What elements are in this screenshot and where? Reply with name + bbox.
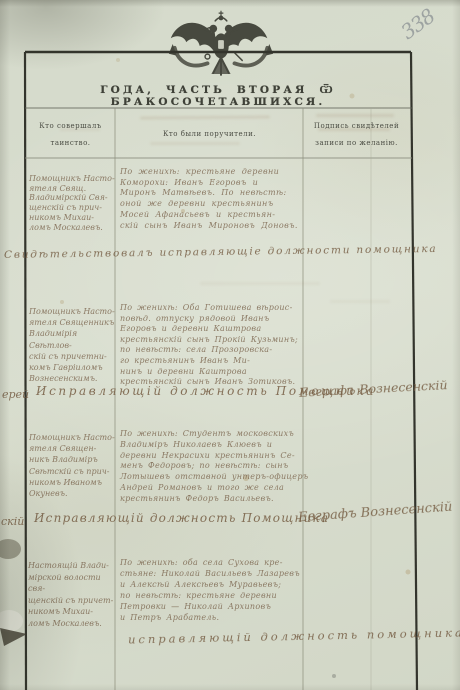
text-line: деревни Некрасихи крестьянинъ Се- — [120, 451, 310, 462]
text-line: и Петръ Арабатель. — [120, 612, 314, 623]
text-line: щенскій съ прич- — [29, 203, 115, 213]
page-title: ГОДА, ЧАСТЬ ВТОРАЯ Ѿ БРАКОСОЧЕТАВШИХСЯ. — [25, 84, 411, 108]
text-line: По женихѣ: Студентъ московскихъ — [120, 429, 310, 440]
text-line: ятеля Свящ. — [29, 184, 115, 194]
text-line: Настоящій Влади- — [28, 560, 116, 572]
text-line: Свѣтскій съ прич- — [29, 466, 115, 477]
text-line: Кто совершалъ — [39, 122, 102, 130]
entry-1-officiant: Помощникъ Насто-ятеля Свящ.Владимірскій … — [29, 174, 115, 232]
text-line: По женихѣ: Оба Готишева вѣроис- — [120, 303, 310, 314]
text-line: никомъ Иваномъ — [29, 477, 115, 488]
text-line: по невѣстѣ: села Прозоровска- — [120, 345, 310, 356]
entry-3-witnesses: По женихѣ: Студентъ московскихъВладиміръ… — [120, 429, 310, 505]
text-line: скій съ причетни- — [29, 351, 115, 362]
text-line: повѣд. отпуску рядовой Иванъ — [120, 314, 310, 325]
text-line: го крестьянинъ Иванъ Ми- — [120, 356, 310, 367]
text-line: оной же деревни крестьянинъ — [120, 199, 306, 210]
text-line: Петровки — Николай Архиповъ — [120, 601, 314, 612]
text-line: Коморохи: Иванъ Егоровъ и — [120, 178, 306, 189]
text-line: комъ Гавріиломъ — [29, 362, 115, 373]
text-line: Помощникъ Насто- — [29, 306, 115, 317]
column-header-officiant: Кто совершалътаинство. — [26, 111, 115, 157]
entry-4-witnesses: По женихѣ: оба села Сухова кре-стьяне: Н… — [120, 557, 314, 623]
text-line: Владиміръ Николаевъ Клюевъ и — [120, 440, 310, 451]
text-line: По женихѣ: оба села Сухова кре- — [120, 557, 314, 568]
text-line: Владимірія Свѣтлов- — [29, 328, 115, 350]
text-line: никомъ Михаи- — [28, 606, 116, 618]
text-line: Лотышевъ отставной унтеръ-офицеръ — [120, 472, 310, 483]
text-line: Вознесенскимъ. — [29, 373, 115, 384]
text-line: никомъ Михаи- — [29, 213, 115, 223]
text-line: Владимірскій Свя- — [29, 193, 115, 203]
text-line: ломъ Москалевъ. — [29, 223, 115, 233]
attestation-text: Исправляющій должность Помощника — [34, 511, 329, 525]
column-header-signatures: Подпись свидѣтелейзаписи по желанію. — [304, 111, 409, 157]
text-line: Миронъ Матвѣевъ. По невѣстѣ: — [120, 188, 306, 199]
registry-scan-page: 338 ГОДА, ЧАСТЬ ВТОРАЯ Ѿ БРАКОСОЧЕТАВШИХ… — [0, 0, 460, 690]
text-line: менъ Федоровъ; по невѣстѣ: сынъ — [120, 461, 310, 472]
entry-2-witnesses: По женихѣ: Оба Готишева вѣроис-повѣд. от… — [120, 303, 310, 388]
text-line: щенскій съ причет- — [28, 595, 116, 607]
text-line: Кто были поручители. — [163, 130, 256, 138]
text-line: стьяне: Николай Васильевъ Лазаревъ — [120, 568, 314, 579]
text-line: записи по желанію. — [315, 139, 398, 147]
text-line: Помощникъ Насто- — [29, 432, 115, 443]
text-line: таинство. — [50, 139, 90, 147]
text-line: Егоровъ и деревни Каштрова — [120, 324, 310, 335]
entry-3-officiant: Помощникъ Насто-ятеля Священ-никъ Владим… — [29, 432, 115, 499]
margin-word: ерей — [2, 388, 29, 401]
text-line: нинъ и деревни Каштрова — [120, 367, 310, 378]
text-line: ятеля Священ- — [29, 443, 115, 454]
bleedthrough-smudge — [330, 300, 390, 303]
entry-2-officiant: Помощникъ Насто-ятеля СвященникъВладимір… — [29, 306, 115, 384]
margin-word: скій — [1, 515, 24, 528]
entry-4-officiant: Настоящій Влади-мірской волости свя-щенс… — [28, 560, 116, 630]
bleedthrough-smudge — [200, 282, 320, 285]
text-line: Окуневъ. — [29, 488, 115, 499]
text-line: Помощникъ Насто- — [29, 174, 115, 184]
entry-1-witnesses: По женихѣ: крестьяне деревниКоморохи: Ив… — [120, 167, 306, 231]
text-line: Мосей Афанасьевъ и крестьян- — [120, 210, 306, 221]
text-line: никъ Владиміръ — [29, 454, 115, 465]
text-line: по невѣстѣ: крестьяне деревни — [120, 590, 314, 601]
text-line: Подпись свидѣтелей — [314, 122, 399, 130]
text-line: скій сынъ Иванъ Мироновъ Доновъ. — [120, 221, 306, 232]
text-line: и Алексѣй Алексѣевъ Муравьевъ; — [120, 579, 314, 590]
column-header-witnesses: Кто были поручители. — [116, 111, 303, 157]
text-line: По женихѣ: крестьяне деревни — [120, 167, 306, 178]
text-line: Андрей Романовъ и того же села — [120, 483, 310, 494]
text-line: ломъ Москалевъ. — [28, 618, 116, 630]
text-line: ятеля Священникъ — [29, 317, 115, 328]
text-line: крестьянскій сынъ Прокій Кузьминъ; — [120, 335, 310, 346]
text-line: крестьянинъ Федоръ Васильевъ. — [120, 494, 310, 505]
text-line: мірской волости свя- — [28, 572, 116, 595]
imperial-double-headed-eagle-icon — [165, 8, 277, 82]
